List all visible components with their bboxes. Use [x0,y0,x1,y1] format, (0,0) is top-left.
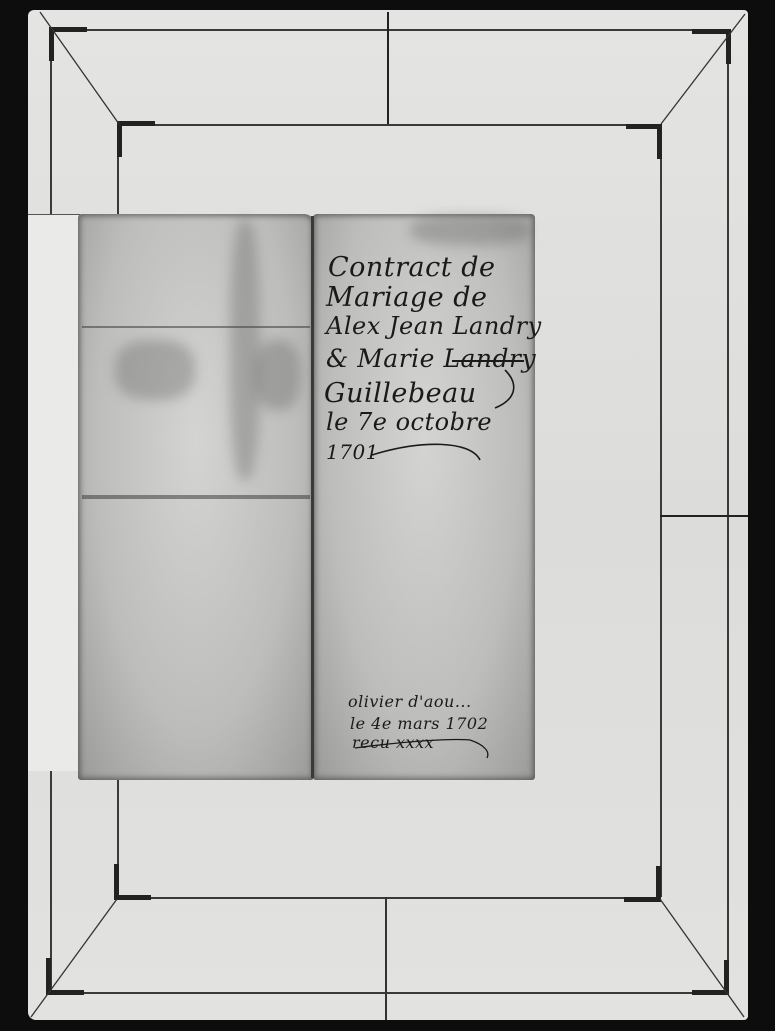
docket-line-5: Guillebeau [324,378,477,409]
strikethrough [452,360,524,362]
docket-line-1: Contract de [328,252,495,283]
corner-mark-outer-tr-v [726,29,731,64]
corner-mark-outer-tl [49,27,87,32]
inner-frame-bottom [117,897,661,899]
corner-mark-inner-tl-v [117,121,122,157]
center-line-top [387,12,389,124]
docket-line-6: le 7e octobre [326,408,492,436]
docket-line-2: Mariage de [326,282,488,313]
corner-mark-outer-bl [46,958,51,994]
outer-frame-right [727,29,729,992]
water-stain [115,340,195,400]
corner-mark-inner-tl [117,121,155,126]
filing-note-line-3: recu xxxx [352,733,434,752]
inner-frame-right [660,124,662,897]
water-stain [255,340,300,410]
corner-mark-inner-bl [114,864,119,899]
document-flap-strip [28,214,80,771]
water-stain [230,220,260,480]
filing-note-line-1: olivier d'aou... [348,692,472,711]
fold-line-left-middle [82,495,310,499]
fold-line-left-upper [82,326,310,328]
outer-frame-bottom [50,992,728,994]
filing-note-line-2: le 4e mars 1702 [350,714,488,733]
outer-frame-top [50,29,728,31]
right-mid-line [660,515,748,517]
corner-mark-inner-bl-h [114,895,151,900]
corner-mark-inner-tr-v [657,124,662,159]
docket-line-7: 1701 [326,440,379,464]
corner-mark-outer-tl-v [49,27,54,61]
corner-mark-inner-br-h [624,897,661,902]
page-gutter [311,216,314,778]
corner-mark-outer-br-h [692,990,729,995]
corner-mark-outer-tr [692,29,730,34]
docket-line-3: Alex Jean Landry [326,312,542,340]
center-line-bottom [385,897,387,1020]
docket-line-4: & Marie Landry [326,344,536,373]
corner-mark-inner-br [656,866,661,899]
water-stain [410,215,530,245]
inner-frame-top [117,124,661,126]
corner-mark-outer-bl-h [46,990,84,995]
